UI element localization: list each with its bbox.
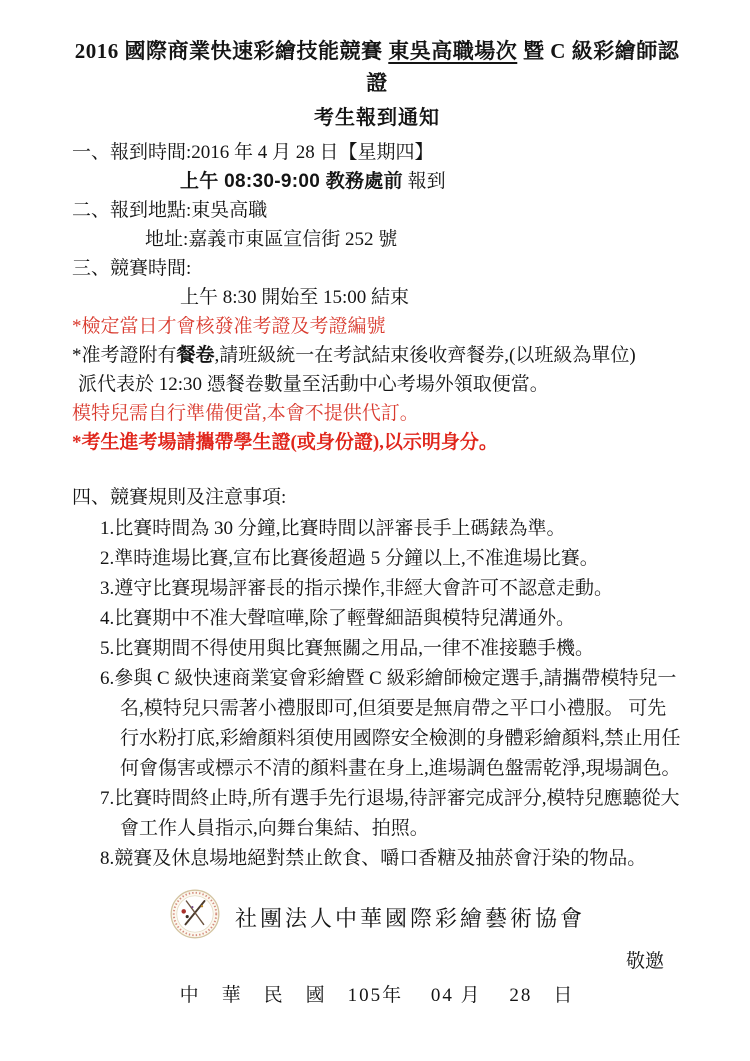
- document-subtitle: 考生報到通知: [72, 101, 682, 130]
- rule-item-6: 6.參與 C 級快速商業宴會彩繪暨 C 級彩繪師檢定選手,請攜帶模特兒一名,模特…: [100, 664, 682, 784]
- checkin-place-address: 地址:嘉義市東區宣信街 252 號: [72, 225, 682, 254]
- rule-item-7: 7.比賽時間終止時,所有選手先行退場,待評審完成評分,模特兒應聽從大會工作人員指…: [100, 784, 682, 844]
- organization-name: 社團法人中華國際彩繪藝術協會: [235, 902, 585, 933]
- checkin-time-detail-bold: 上午 08:30-9:00 教務處前: [180, 171, 403, 192]
- rule-item-8: 8.競賽及休息場地絕對禁止飲食、嚼口香糖及抽菸會汙染的物品。: [100, 844, 682, 874]
- checkin-time-detail: 上午 08:30-9:00 教務處前 報到: [72, 167, 682, 196]
- contest-time-detail: 上午 8:30 開始至 15:00 結束: [72, 283, 682, 312]
- invite-text: 敬邀: [72, 948, 682, 976]
- checkin-place-heading: 二、報到地點:東吳高職: [72, 196, 682, 225]
- note-meal-ticket: *准考證附有餐卷,請班級統一在考試結束後收齊餐券,(以班級為單位): [72, 341, 682, 370]
- rule-item-4: 4.比賽期中不准大聲喧嘩,除了輕聲細語與模特兒溝通外。: [100, 604, 682, 634]
- note-meal-ticket-a: *准考證附有: [72, 345, 177, 366]
- rule-item-1: 1.比賽時間為 30 分鐘,比賽時間以評審長手上碼錶為準。: [100, 514, 682, 544]
- rule-item-2: 2.準時進場比賽,宣布比賽後超過 5 分鐘以上,不准進場比賽。: [100, 544, 682, 574]
- rule-item-3: 3.遵守比賽現場評審長的指示操作,非經大會許可不認意走動。: [100, 574, 682, 604]
- document-title: 2016 國際商業快速彩繪技能競賽 東吳高職場次 暨 C 級彩繪師認證: [72, 36, 682, 99]
- note-permit-issue: *檢定當日才會核發准考證及考證編號: [72, 312, 682, 341]
- rules-heading: 四、競賽規則及注意事項:: [72, 483, 682, 512]
- rules-list: 1.比賽時間為 30 分鐘,比賽時間以評審長手上碼錶為準。 2.準時進場比賽,宣…: [100, 514, 682, 874]
- note-student-id: *考生進考場請攜帶學生證(或身份證),以示明身分。: [72, 428, 682, 457]
- checkin-time-heading: 一、報到時間:2016 年 4 月 28 日【星期四】: [72, 138, 682, 167]
- note-model-lunch: 模特兒需自行準備便當,本會不提供代訂。: [72, 399, 682, 428]
- note-meal-ticket-c: ,請班級統一在考試結束後收齊餐券,(以班級為單位): [215, 345, 636, 366]
- contest-time-heading: 三、競賽時間:: [72, 254, 682, 283]
- document-page: 2016 國際商業快速彩繪技能競賽 東吳高職場次 暨 C 級彩繪師認證 考生報到…: [0, 0, 750, 1061]
- note-meal-ticket-continuation: 派代表於 12:30 憑餐卷數量至活動中心考場外領取便當。: [72, 370, 682, 399]
- association-seal-icon: [169, 888, 221, 946]
- checkin-time-detail-rest: 報到: [403, 171, 446, 192]
- document-date: 中 華 民 國 105年 04 月 28 日: [72, 982, 682, 1010]
- title-part1: 2016 國際商業快速彩繪技能競賽: [75, 39, 389, 63]
- rule-item-5: 5.比賽期間不得使用與比賽無關之用品,一律不准接聽手機。: [100, 634, 682, 664]
- title-venue-underlined: 東吳高職場次: [388, 39, 517, 63]
- note-meal-ticket-bold: 餐卷: [177, 345, 215, 366]
- organization-row: 社團法人中華國際彩繪藝術協會: [72, 888, 682, 946]
